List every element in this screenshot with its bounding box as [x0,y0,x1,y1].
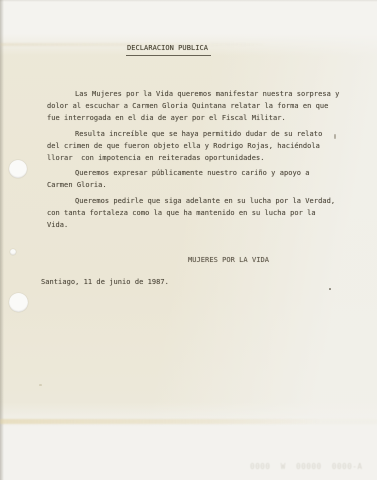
paragraph-line: fue interrogada en el dia de ayer por el… [47,112,347,124]
paragraph-line: dolor al escuchar a Carmen Gloria Quinta… [47,100,347,112]
paragraph-line: Carmen Gloria. [47,179,347,191]
document-body: Las Mujeres por la Vida queremos manifes… [47,88,347,231]
paragraph: Las Mujeres por la Vida queremos manifes… [47,88,347,125]
paper-speck [39,384,42,386]
paragraph-line: del crimen de que fueron objeto ella y R… [47,140,347,152]
paragraph-line: Vida. [47,219,347,231]
paragraph-line: Queremos expresar públicamente nuestro c… [47,167,347,179]
paragraph-line: llorar con impotencia en reiteradas opor… [47,152,347,164]
paragraph-line: Queremos pedirle que siga adelante en su… [47,195,347,207]
paper-fold-crease-bottom [0,419,377,424]
date-line: Santiago, 11 de junio de 1987. [41,277,169,287]
scan-left-edge-shadow [0,0,4,480]
paragraph-line: Resulta increíble que se haya permitido … [47,128,347,140]
paragraph: Queremos expresar públicamente nuestro c… [47,167,347,191]
faint-bleedthrough-stamp: A-0000 00000 W 0000 [228,462,362,472]
document-title: DECLARACION PUBLICA [126,42,211,56]
paper-speck [334,134,336,139]
punch-hole-bottom [9,293,28,312]
paragraph-line: con tanta fortaleza como la que ha mante… [47,207,347,219]
punch-hole-top [9,160,27,178]
paragraph: Resulta increíble que se haya permitido … [47,128,347,165]
scan-top-edge-shadow [0,0,377,2]
signature-line: MUJERES POR LA VIDA [188,255,269,265]
punch-hole-small [10,249,16,255]
paragraph: Queremos pedirle que siga adelante en su… [47,195,347,232]
paragraph-line: Las Mujeres por la Vida queremos manifes… [47,88,347,100]
document-page: DECLARACION PUBLICA Las Mujeres por la V… [0,0,377,480]
paper-speck [329,288,331,290]
